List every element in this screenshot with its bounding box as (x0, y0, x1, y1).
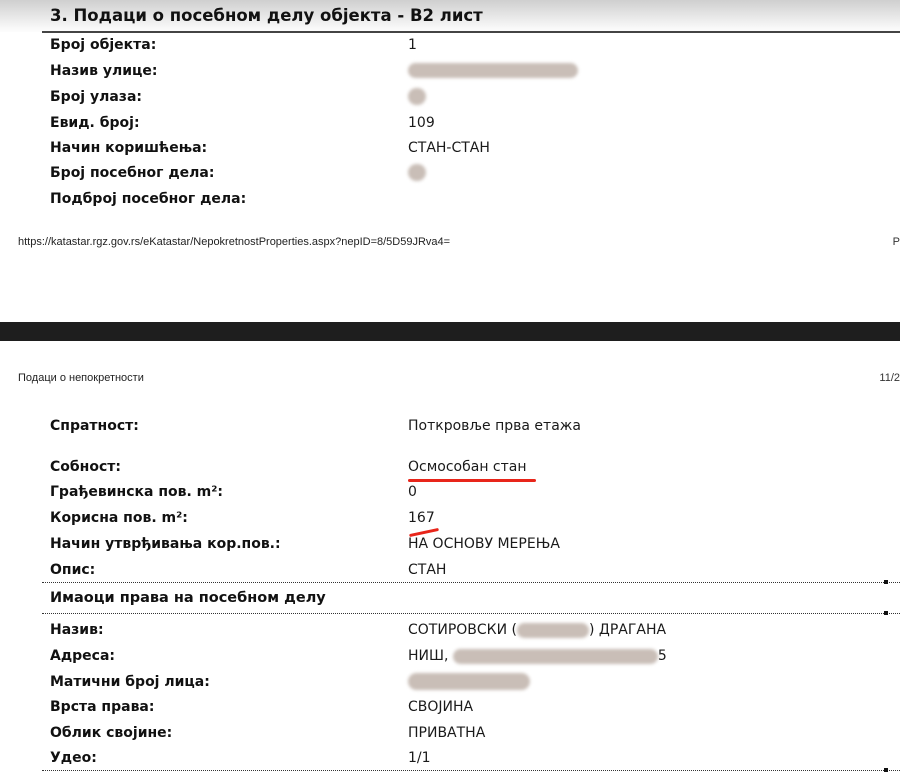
field-row-entrance-number: Број улаза: (0, 86, 900, 108)
field-row-usage: Начин коришћења: СТАН-СТАН (0, 137, 900, 159)
field-label: Собност: (50, 459, 121, 475)
value-suffix: ) ДРАГАНА (589, 622, 666, 638)
field-label: Број објекта: (50, 37, 156, 53)
redacted-value (408, 673, 530, 690)
field-label: Грађевинска пов. m²: (50, 484, 223, 500)
field-row-unit-subnumber: Подброј посебног дела: (0, 188, 900, 210)
field-row-rooms: Собност: Осмособан стан (0, 456, 900, 478)
print-header-date: 11/2 (879, 372, 900, 384)
value-prefix: НИШ, (408, 648, 453, 664)
field-row-unit-number: Број посебног дела: (0, 162, 900, 184)
owner-row-ownership-form: Облик својине: ПРИВАТНА (0, 722, 900, 744)
field-row-evid-number: Евид. број: 109 (0, 112, 900, 134)
print-header-title: Подаци о непокретности (18, 372, 144, 384)
field-value: 1/1 (408, 750, 431, 766)
owner-address-value: НИШ, 5 (408, 648, 667, 664)
dotted-divider (42, 613, 900, 614)
field-value: 1 (408, 37, 417, 53)
field-label: Адреса: (50, 648, 115, 664)
footer-page-label: P (893, 236, 900, 248)
field-label: Назив улице: (50, 63, 158, 79)
page-separator (0, 322, 900, 342)
section-header: 3. Подаци о посебном делу објекта - В2 л… (0, 0, 900, 32)
field-label: Начин утврђивања кор.пов.: (50, 536, 281, 552)
owner-name-value: СОТИРОВСКИ () ДРАГАНА (408, 622, 666, 638)
owner-row-share: Удео: 1/1 (0, 747, 900, 769)
field-value: СВОЈИНА (408, 699, 473, 715)
redacted-value (408, 62, 578, 78)
field-value: 167 (408, 510, 435, 526)
field-label: Подброј посебног дела: (50, 191, 246, 207)
field-value: ПРИВАТНА (408, 725, 485, 741)
field-row-area-method: Начин утврђивања кор.пов.: НА ОСНОВУ МЕР… (0, 533, 900, 555)
field-row-street-name: Назив улице: (0, 60, 900, 82)
owner-row-right-type: Врста права: СВОЈИНА (0, 696, 900, 718)
owner-row-id-number: Матични број лица: (0, 671, 900, 693)
field-label: Врста права: (50, 699, 154, 715)
redacted-value (408, 164, 426, 181)
redaction-blur (408, 164, 426, 181)
field-label: Назив: (50, 622, 104, 638)
field-label: Удео: (50, 750, 97, 766)
redacted-value (408, 88, 426, 105)
field-value: 0 (408, 484, 417, 500)
field-value: Поткровље прва етажа (408, 418, 581, 434)
field-row-usable-area: Корисна пов. m²: 167 (0, 507, 900, 529)
field-label: Опис: (50, 562, 95, 578)
field-value: НА ОСНОВУ МЕРЕЊА (408, 536, 560, 552)
footer-url-link[interactable]: https://katastar.rgz.gov.rs/eKatastar/Ne… (18, 236, 450, 248)
redaction-blur (408, 63, 578, 78)
field-label: Матични број лица: (50, 674, 210, 690)
field-value: СТАН (408, 562, 446, 578)
field-label: Спратност: (50, 418, 139, 434)
section-rule (42, 31, 900, 33)
owner-row-name: Назив: СОТИРОВСКИ () ДРАГАНА (0, 619, 900, 641)
field-value: 109 (408, 115, 435, 131)
owner-row-address: Адреса: НИШ, 5 (0, 645, 900, 667)
document-page-2: Подаци о непокретности 11/2 Спратност: П… (0, 341, 900, 783)
redaction-blur (517, 623, 589, 638)
field-label: Корисна пов. m²: (50, 510, 188, 526)
document-page-1: 3. Подаци о посебном делу објекта - В2 л… (0, 0, 900, 322)
field-label: Евид. број: (50, 115, 140, 131)
value-prefix: СОТИРОВСКИ ( (408, 622, 517, 638)
section-title: 3. Подаци о посебном делу објекта - В2 л… (50, 6, 483, 25)
field-label: Број посебног дела: (50, 165, 214, 181)
field-row-object-number: Број објекта: 1 (0, 34, 900, 56)
owners-section-title: Имаоци права на посебном делу (50, 590, 326, 606)
field-row-description: Опис: СТАН (0, 559, 900, 581)
redaction-blur (408, 88, 426, 105)
field-value: Осмособан стан (408, 459, 527, 475)
field-row-floor: Спратност: Поткровље прва етажа (0, 415, 900, 437)
dotted-divider (42, 770, 900, 771)
field-value: СТАН-СТАН (408, 140, 490, 156)
field-row-construction-area: Грађевинска пов. m²: 0 (0, 481, 900, 503)
value-suffix: 5 (658, 648, 667, 664)
field-label: Број улаза: (50, 89, 142, 105)
redaction-blur (408, 673, 530, 690)
redaction-blur (453, 649, 658, 664)
dotted-divider (42, 582, 900, 583)
field-label: Облик својине: (50, 725, 172, 741)
field-label: Начин коришћења: (50, 140, 207, 156)
